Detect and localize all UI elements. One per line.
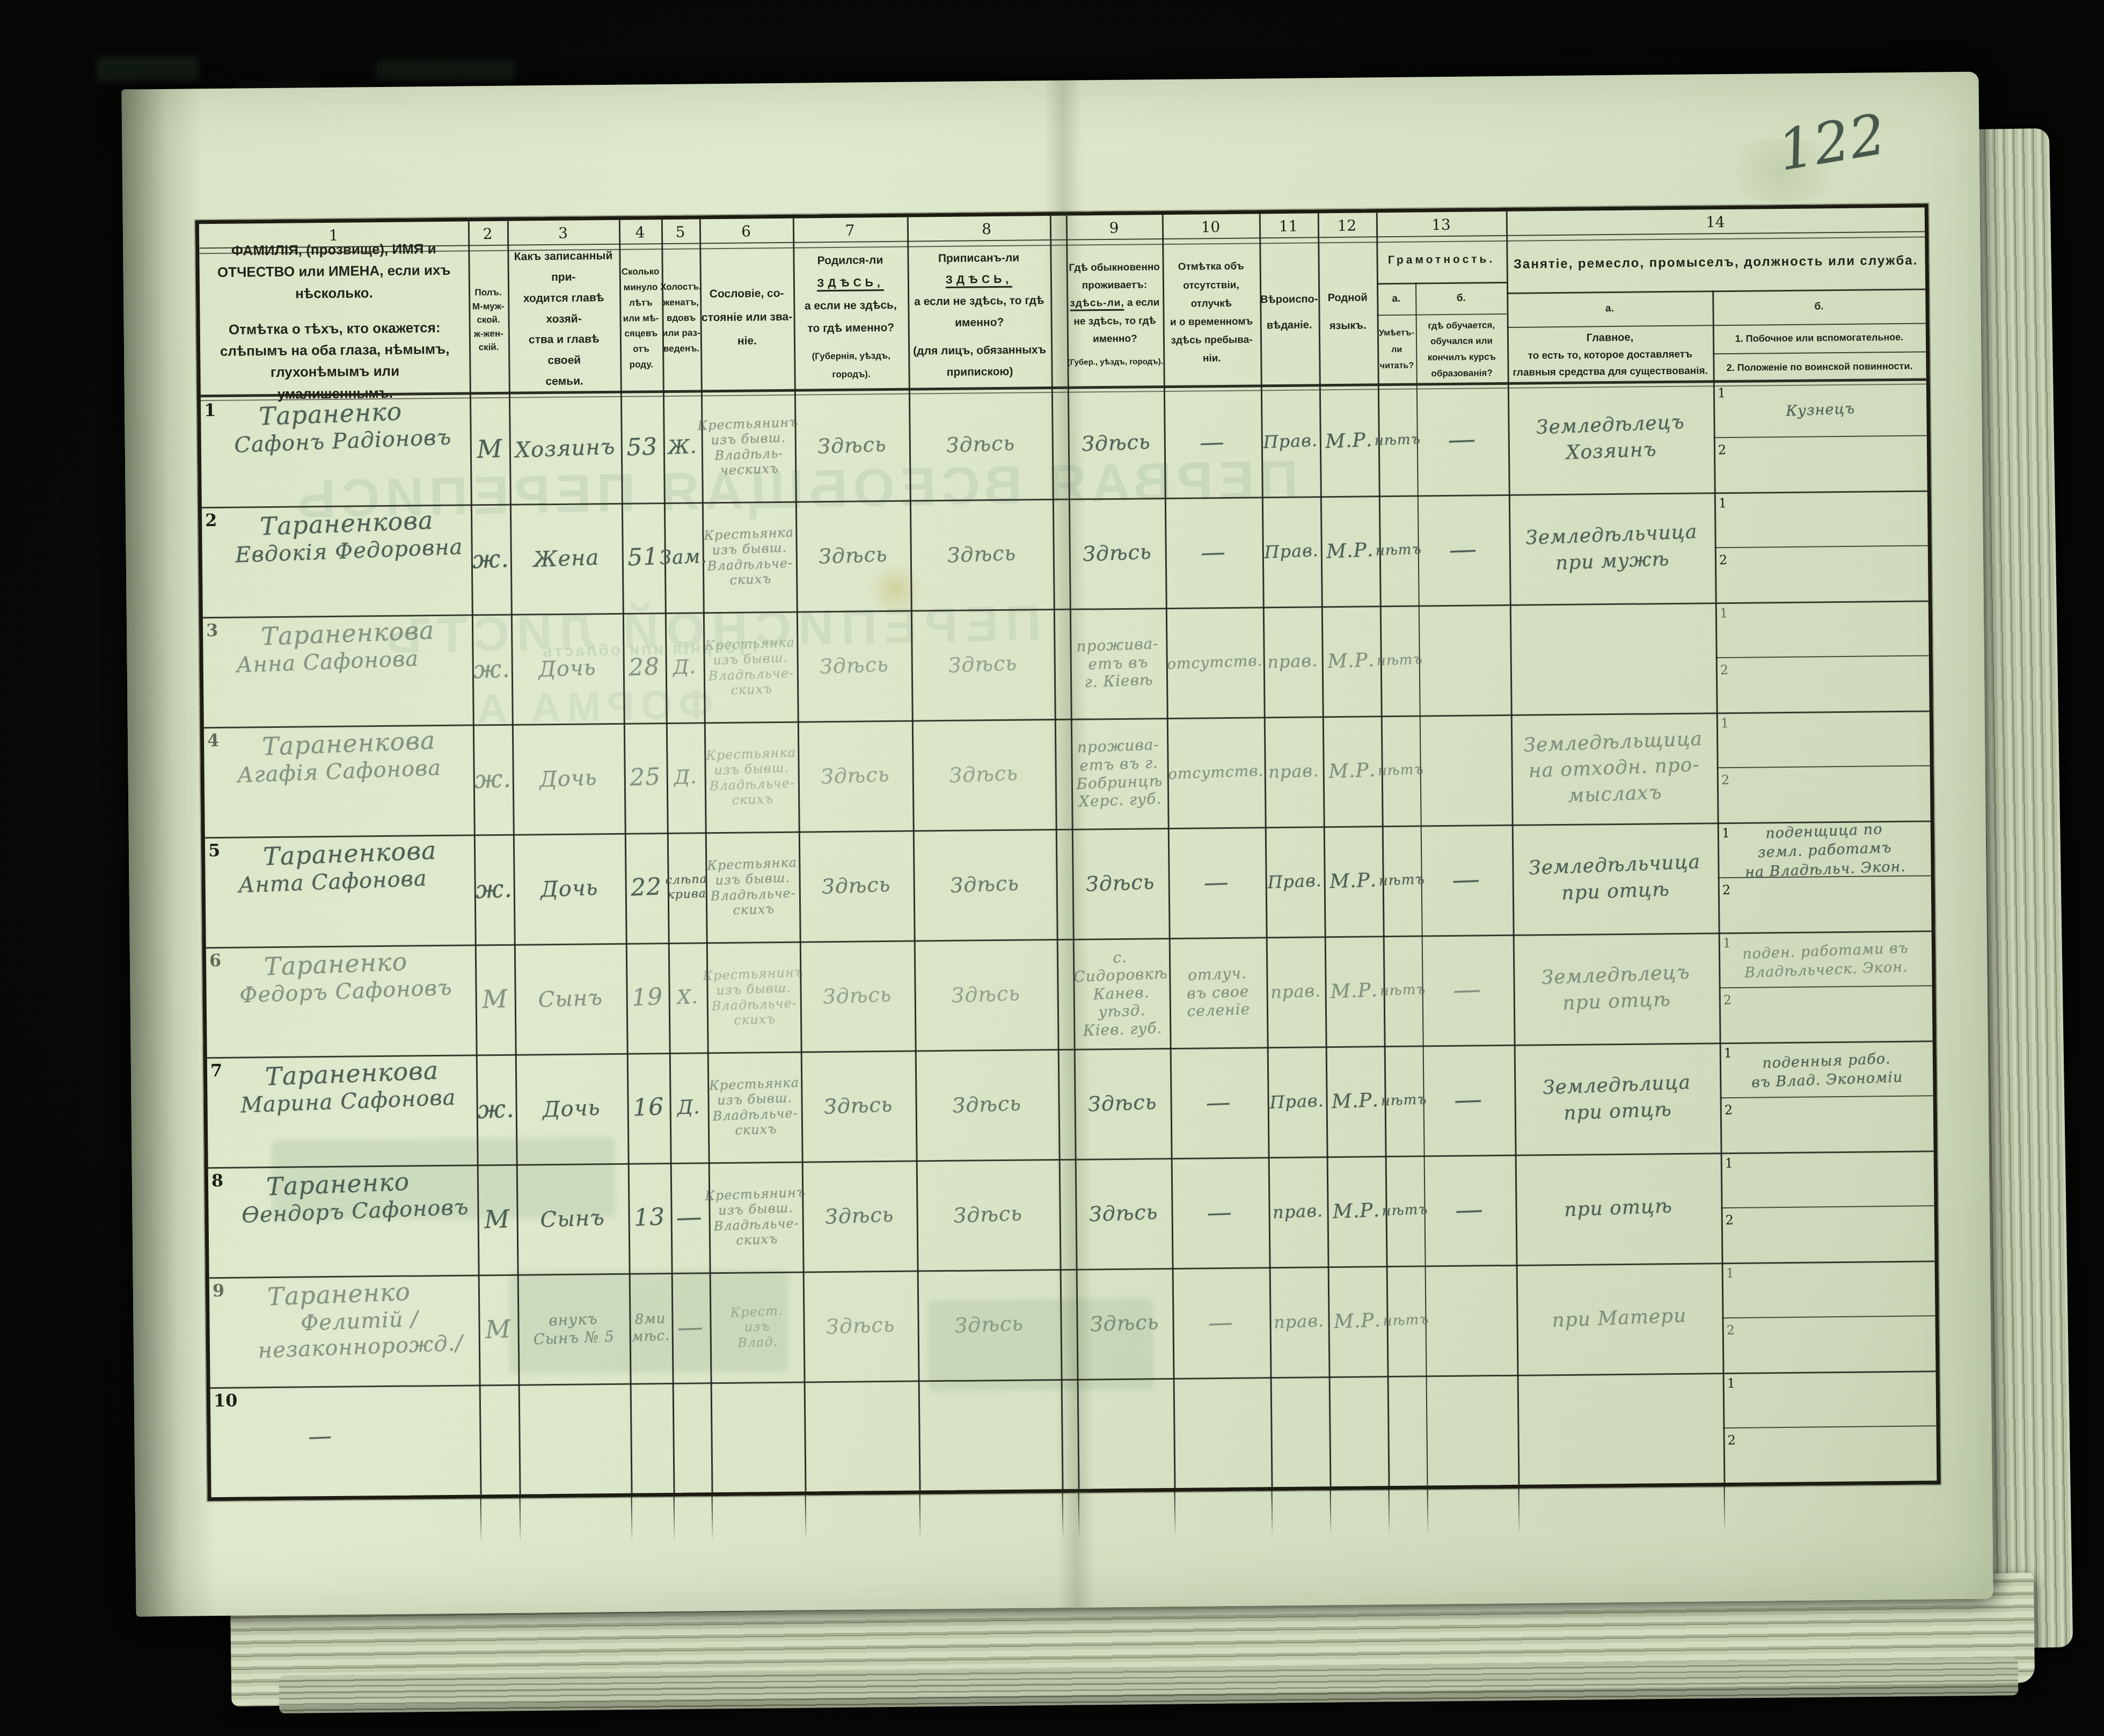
cell-age: 8мимѣс. — [627, 1272, 674, 1384]
cell-born: Здѣсь — [795, 609, 914, 723]
cell-sex: М — [468, 393, 512, 505]
hw-line: 8ми — [634, 1311, 666, 1329]
header-line: языкъ. — [1329, 311, 1367, 340]
cell-sex: М — [473, 944, 517, 1055]
cell-reg: Здѣсь — [911, 827, 1058, 942]
cell-lang: М.Р. — [1325, 1155, 1388, 1267]
hw-line: М.Р. — [1326, 538, 1375, 563]
stamp-smudge — [97, 56, 199, 82]
hw-line: Владѣльче- — [707, 555, 793, 573]
cell-reg: Здѣсь — [915, 1157, 1062, 1272]
cell-reg: Здѣсь — [912, 937, 1060, 1052]
cell-mar: слѣпакрива — [666, 831, 708, 943]
surname: Тараненко — [264, 947, 408, 982]
cell-abs: — — [1171, 1266, 1272, 1380]
cell-mar: — — [670, 1272, 712, 1383]
hw-line: Здѣсь — [1085, 870, 1155, 896]
hw-line: нѣтъ — [1377, 761, 1424, 779]
col-number: 6 — [699, 218, 793, 244]
cell-estate — [711, 1380, 806, 1493]
stamp-smudge — [376, 60, 515, 82]
cell-occ — [1518, 1370, 1723, 1487]
header-line: семьи. — [545, 371, 583, 393]
header-line: именно? — [1093, 330, 1137, 348]
header-line: ли — [1391, 342, 1402, 359]
hw-line: Кузнецъ — [1786, 399, 1855, 421]
hw-line: М.Р. — [1328, 758, 1376, 783]
hw-line: с. Сидоровкѣ — [1072, 946, 1169, 986]
header-line: здѣсь пребыва- — [1171, 331, 1252, 351]
cell-side1 — [1719, 599, 1926, 662]
hw-line: Земледѣлецъ — [1536, 410, 1685, 441]
cell-rel: Сынъ — [513, 942, 629, 1056]
hw-line: — — [1448, 533, 1479, 567]
hw-line: М.Р. — [1330, 979, 1378, 1003]
cell-born: Здѣсь — [801, 1269, 920, 1383]
hw-line: Д. — [677, 1096, 700, 1120]
cell-occ: Земледѣльчицапри мужѣ — [1509, 490, 1714, 607]
cell-side1: поденныя рабо.въ Влад. Экономіи — [1723, 1039, 1931, 1102]
cell-estate: Крестьянинъизъ бывш.Владѣль-ческихъ — [702, 390, 796, 503]
census-sheet: ПЕРВАЯ ВСЕОБЩАЯ ПЕРЕПИСЬ ПЕРЕПИСНОЙ ЛИСТ… — [121, 71, 1993, 1616]
hw-line: слѣпа — [665, 872, 707, 888]
census-table: 1 2 3 4 5 6 7 8 9 10 11 12 13 14 ФАМИЛІЯ… — [195, 203, 1941, 1501]
cell-lang: М.Р. — [1326, 1265, 1389, 1377]
hw-line: Владѣльче- — [709, 775, 795, 793]
hw-line: 22 — [630, 873, 662, 902]
hw-line: — — [1451, 863, 1482, 897]
cell-abs: — — [1168, 1046, 1270, 1159]
header-occupation-b-label: б. — [1712, 288, 1926, 325]
given-name: Фелитій /незаконнорожд./ — [242, 1304, 478, 1364]
row-number: 3 — [206, 620, 218, 640]
cell-estate: Крестьянкаизъ бывш.Владѣльче-скихъ — [706, 830, 800, 943]
occupation-sub-label: 2 — [1728, 1433, 1736, 1448]
cell-name: ТараненковаАнта Сафонова — [231, 831, 474, 950]
hw-line: М.Р. — [1331, 1089, 1379, 1113]
cell-estate: Крестьянкаизъ бывш.Владѣльче-скихъ — [705, 720, 799, 833]
col-number: 3 — [507, 220, 619, 246]
table-row: 312ТараненковаАнна Сафоноваж.Дочь28Д.Кре… — [203, 600, 1930, 727]
header-line: проживаетъ: — [1082, 276, 1148, 294]
cell-side1 — [1726, 1369, 1934, 1432]
cell-lit: нѣтъ — [1379, 715, 1422, 827]
cell-sex: М — [476, 1164, 519, 1275]
col-number: 12 — [1318, 213, 1376, 238]
header-line: ніи. — [1203, 349, 1221, 368]
cell-res: Здѣсь — [1066, 386, 1166, 500]
header-line: Умѣетъ- — [1379, 325, 1414, 342]
table-rule-stub — [1724, 1486, 1726, 1532]
hw-line: Здѣсь — [818, 542, 888, 569]
hw-line: М.Р. — [1329, 869, 1377, 893]
hw-line: М — [481, 984, 508, 1015]
hw-line: 13 — [633, 1203, 666, 1232]
table-row: 712ТараненковаМарина Сафоноваж.Дочь16Д.К… — [207, 1040, 1934, 1167]
hw-line: Здѣсь — [946, 431, 1016, 458]
table-row: 212ТараненковаЕвдокія Федоровнаж.Жена51З… — [202, 490, 1928, 617]
cell-reg — [917, 1377, 1064, 1492]
surname: Тараненко — [266, 1167, 410, 1202]
hw-line: прав. — [1267, 650, 1318, 673]
cell-res: Здѣсь — [1067, 497, 1167, 610]
cell-sex: М — [477, 1274, 520, 1385]
header-line: Какъ записанный при- — [510, 246, 616, 289]
cell-estate: Крест.изъВлад. — [710, 1270, 805, 1383]
cell-age — [629, 1382, 675, 1494]
header-line: ж-жен- — [474, 327, 503, 341]
hw-line: — — [1207, 1197, 1234, 1228]
header-line: вѣданіе. — [1267, 312, 1312, 338]
hw-line: Д. — [673, 655, 696, 680]
hw-line: Здѣсь — [819, 652, 889, 679]
cell-occ: Земледѣлицапри отцѣ — [1515, 1040, 1720, 1157]
table-rule-stub — [520, 1498, 521, 1544]
header-literacy-title: Грамотность. — [1376, 236, 1507, 283]
hw-line: Прав. — [1264, 540, 1319, 563]
hw-line: скихъ — [732, 791, 774, 808]
table-rule-stub — [1272, 1491, 1273, 1536]
table-row: 812ТараненкоѲендоръ СафоновъМСынъ13—Крес… — [208, 1150, 1935, 1277]
hw-line: при отцѣ — [1562, 987, 1671, 1017]
header-birthplace-column: Родился-ли ЗДѢСЬ, а если не здѣсь, то гд… — [793, 242, 909, 391]
cell-mar: Д. — [663, 611, 706, 723]
hw-line: — — [1452, 973, 1483, 1007]
scan-background: ПЕРВАЯ ВСЕОБЩАЯ ПЕРЕПИСЬ ПЕРЕПИСНОЙ ЛИСТ… — [0, 0, 2104, 1736]
hw-line: етъ въ г. — [1079, 754, 1159, 775]
cell-lit: нѣтъ — [1376, 385, 1419, 497]
cell-faith: Прав. — [1263, 826, 1326, 938]
cell-lang — [1327, 1375, 1390, 1487]
header-line: гдѣ обучается, — [1416, 317, 1507, 333]
row-number: 4 — [207, 730, 220, 750]
cell-rel: Сынъ — [515, 1162, 631, 1276]
cell-occ: при Матери — [1517, 1260, 1722, 1377]
hw-line: 25 — [629, 763, 661, 792]
cell-lang: М.Р. — [1319, 495, 1382, 607]
table-row: 412ТараненковаАгафія Сафоноваж.Дочь25Д.К… — [204, 710, 1931, 837]
cell-mar: Д. — [664, 721, 707, 833]
cell-mar: Х. — [667, 942, 709, 1053]
cell-res: Здѣсь — [1072, 1047, 1173, 1161]
table-rule-stub — [1389, 1490, 1390, 1535]
occupation-sub-label: 2 — [1725, 1103, 1733, 1118]
hw-line: М — [485, 1314, 512, 1345]
hw-line: въ свое — [1186, 982, 1249, 1003]
hw-line: при Матери — [1552, 1303, 1687, 1334]
header-line: главныя средства для существованія. — [1507, 362, 1713, 381]
hw-line: при отцѣ — [1561, 877, 1670, 907]
cell-litb — [1424, 1374, 1520, 1487]
hw-line: Владѣльче- — [712, 1105, 798, 1124]
header-line: отсутствіи, отлучкѣ — [1163, 276, 1260, 313]
hw-line: нѣтъ — [1376, 651, 1423, 669]
col-number: 5 — [661, 219, 699, 244]
cell-rel: внукъСынъ № 5 — [516, 1272, 632, 1386]
hw-line: — — [1200, 537, 1228, 567]
hw-line: скихъ — [729, 571, 772, 588]
cell-name: ТараненкоѲендоръ Сафоновъ — [235, 1161, 478, 1280]
hw-line: М — [476, 434, 503, 464]
cell-estate: Крестьянинъизъ бывш.Владѣльче-скихъ — [707, 940, 801, 1053]
cell-res: Здѣсь — [1073, 1157, 1174, 1271]
cell-faith: Прав. — [1266, 1046, 1328, 1158]
cell-name: ТараненковаАнна Сафонова — [229, 611, 472, 730]
hw-line: мѣс. — [631, 1327, 670, 1345]
cell-lang: М.Р. — [1323, 935, 1386, 1047]
header-sex-column: Полъ.М-муж-ской.ж-жен-скій. — [468, 246, 509, 395]
header-absence-column: Отмѣтка объотсутствіи, отлучкѣи о времен… — [1162, 238, 1261, 388]
cell-lang: М.Р. — [1321, 715, 1384, 827]
hw-line: — — [1203, 867, 1231, 898]
hw-line: Зам. — [659, 545, 708, 570]
hw-line: — — [1455, 1193, 1485, 1227]
cell-lit: нѣтъ — [1384, 1155, 1427, 1267]
hw-line: Прав. — [1269, 1090, 1325, 1113]
occupation-sub-label: 2 — [1726, 1213, 1734, 1228]
cell-estate: Крестьянкаизъ бывш.Владѣльче-скихъ — [703, 500, 797, 613]
header-line: и о временномъ — [1170, 312, 1253, 332]
hw-line: внукъ — [549, 1310, 598, 1330]
hw-line: — — [1447, 422, 1478, 457]
hw-line: изъ — [744, 1319, 770, 1335]
here-underlined: ЗДѢСЬ, — [817, 276, 884, 291]
hw-line: скихъ — [730, 681, 773, 698]
cell-age: 28 — [621, 612, 668, 724]
table-rule-stub — [631, 1497, 633, 1543]
cell-born: Здѣсь — [798, 939, 917, 1053]
hw-line: отлуч. — [1187, 964, 1247, 984]
cell-rel: Хозяинъ — [507, 391, 623, 506]
occupation-sub-label: 2 — [1722, 882, 1731, 898]
header-line: обучался или — [1416, 333, 1507, 349]
hw-line: Здѣсь — [825, 1312, 895, 1339]
cell-faith: прав. — [1268, 1266, 1331, 1378]
cell-name: ТараненкоФедоръ Сафоновъ — [232, 941, 476, 1060]
hw-line: Дочь — [540, 874, 598, 902]
cell-litb: — — [1422, 1154, 1518, 1267]
header-line: скій. — [479, 340, 499, 354]
cell-lit: нѣтъ — [1380, 825, 1423, 937]
hw-line: Здѣсь — [951, 981, 1021, 1008]
cell-age: 53 — [619, 392, 666, 504]
cell-side1 — [1718, 488, 1925, 552]
hw-line: нѣтъ — [1375, 541, 1422, 559]
header-literacy-b: гдѣ обучается,обучался иликончилъ курсъо… — [1416, 313, 1508, 385]
cell-res: с. СидоровкѣКанев. уѣзд.Кіев. губ. — [1071, 937, 1172, 1051]
cell-abs: отсутств. — [1165, 716, 1267, 829]
cell-abs — [1172, 1376, 1273, 1490]
hw-line: при отцѣ — [1563, 1097, 1672, 1127]
cell-occ: ЗемледѣлецъХозяинъ — [1508, 380, 1713, 497]
table-row: 1012— — [210, 1370, 1937, 1497]
cell-age: 22 — [623, 832, 670, 944]
cell-age: 19 — [624, 942, 671, 1054]
cell-faith: прав. — [1267, 1156, 1329, 1268]
header-line: или мѣ- — [623, 311, 659, 327]
header-line: Вѣроиспо- — [1260, 286, 1318, 312]
hw-line: М.Р. — [1332, 1199, 1380, 1223]
hw-line: — — [1453, 1083, 1484, 1117]
hw-line: ж. — [473, 654, 511, 685]
surname: Тараненко — [267, 1277, 411, 1312]
header-line: кончилъ курсъ — [1416, 349, 1507, 366]
header-name-line2: Отмѣтка о тѣхъ, кто окажется: слѣпымъ на… — [214, 317, 456, 405]
hw-line: Кіев. губ. — [1083, 1019, 1163, 1040]
hw-line: Здѣсь — [824, 1202, 894, 1229]
header-occupation-a-label: а. — [1507, 290, 1713, 327]
hw-line: Сынъ — [540, 1205, 605, 1232]
cell-res: Здѣсь — [1070, 827, 1171, 940]
hw-line: Здѣсь — [954, 1311, 1024, 1338]
hw-line: Здѣсь — [948, 651, 1018, 678]
cell-born: Здѣсь — [796, 719, 915, 833]
hw-line: ж. — [475, 874, 513, 905]
hw-line: Жена — [533, 544, 600, 573]
hw-line: Владѣльче- — [711, 995, 797, 1013]
header-line: минуло — [624, 280, 658, 295]
hw-line: Влад. — [737, 1334, 778, 1351]
header-line: веденъ. — [663, 341, 700, 358]
header-line: стояніе или зва- — [702, 305, 793, 330]
cell-side1 — [1720, 709, 1927, 772]
header-occupation-b2: 2. Положеніе по воинской повинности. — [1713, 351, 1926, 382]
table-rule-stub — [1427, 1489, 1429, 1535]
hw-line: Сынъ № 5 — [533, 1327, 615, 1348]
header-line: Отмѣтка объ — [1178, 258, 1244, 276]
header-line: Холостъ, — [660, 279, 702, 295]
hw-line: скихъ — [734, 1011, 776, 1028]
hw-line: 51 — [627, 543, 659, 572]
col-number: 13 — [1376, 211, 1506, 237]
cell-lit: нѣтъ — [1383, 1045, 1426, 1157]
table-row: 612ТараненкоФедоръ СафоновъМСынъ19Х.Крес… — [206, 930, 1933, 1057]
cell-faith: прав. — [1261, 606, 1324, 718]
header-line: Сословіе, со- — [709, 282, 784, 306]
table-rule — [1066, 216, 1080, 1489]
hw-line: Ж. — [668, 435, 697, 459]
header-line: образованія? — [1416, 365, 1507, 382]
cell-rel: Жена — [508, 501, 624, 616]
surname: Тараненко — [258, 397, 403, 432]
header-line: а если не здѣсь, — [805, 294, 897, 318]
hw-line: ж. — [477, 1094, 515, 1125]
header-line: Родился-ли ЗДѢСЬ, — [793, 249, 908, 295]
cell-abs: — — [1170, 1156, 1271, 1270]
hw-line: — — [677, 1311, 705, 1343]
hw-line: М.Р. — [1325, 428, 1374, 453]
hw-line: Хозяинъ — [1566, 436, 1657, 466]
hw-line: Здѣсь — [820, 762, 890, 789]
row-number: 6 — [209, 950, 222, 971]
hw-line: 16 — [632, 1093, 664, 1122]
cell-estate: Крестьянкаизъ бывш.Владѣльче-скихъ — [704, 610, 798, 723]
cell-side1: Кузнецъ — [1716, 378, 1924, 442]
hw-line: Здѣсь — [1081, 429, 1151, 456]
hw-line: скихъ — [736, 1231, 778, 1248]
cell-occ — [1510, 600, 1715, 717]
hw-line: 53 — [626, 433, 658, 462]
cell-estate: Крестьянинъизъ бывш.Владѣльче-скихъ — [709, 1160, 803, 1273]
hw-line: Канев. уѣзд. — [1073, 982, 1170, 1022]
hw-line: Хозяинъ — [515, 434, 616, 463]
hw-line: скихъ — [735, 1121, 777, 1138]
cell-litb — [1417, 603, 1513, 717]
hw-line: М.Р. — [1333, 1309, 1382, 1333]
cell-faith: прав. — [1265, 936, 1327, 1048]
cell-rel: Дочь — [510, 721, 626, 836]
hw-line: Дочь — [542, 1095, 601, 1122]
hw-line: Земледѣльчица — [1525, 519, 1698, 552]
given-name: — — [308, 1422, 333, 1451]
header-line: Полъ. — [474, 286, 501, 300]
cell-res: прожива-етъ въ г.БобринцѣХерс. губ. — [1069, 717, 1170, 830]
table-row: 512ТараненковаАнта Сафоноваж.Дочь22слѣпа… — [205, 820, 1932, 947]
cell-occ: Земледѣльчицапри отцѣ — [1513, 820, 1718, 937]
row-number: 1 — [204, 400, 216, 420]
hw-line: ж. — [472, 544, 510, 575]
cell-rel: Дочь — [509, 611, 625, 726]
cell-litb: — — [1416, 493, 1511, 607]
cell-side1 — [1724, 1149, 1932, 1212]
hw-line: Дочь — [538, 654, 596, 682]
hw-line: Здѣсь — [1090, 1310, 1159, 1337]
cell-res — [1076, 1377, 1176, 1491]
cell-sex: ж. — [469, 504, 513, 615]
row-number: 10 — [214, 1390, 238, 1411]
hw-line: крива — [667, 887, 706, 902]
cell-estate: Крестьянкаизъ бывш.Владѣльче-скихъ — [708, 1050, 802, 1163]
occupation-sub-label: 2 — [1727, 1323, 1735, 1338]
header-literacy-a-label: а. — [1377, 283, 1416, 315]
cell-lit: нѣтъ — [1382, 935, 1424, 1047]
hw-line: Здѣсь — [1088, 1200, 1158, 1227]
cell-sex: ж. — [474, 1054, 518, 1165]
header-line: Родной — [1327, 283, 1368, 312]
cell-faith: прав. — [1262, 716, 1325, 828]
table-rule-stub — [919, 1494, 921, 1540]
cell-name: ТараненкоФелитій /незаконнорожд./ — [236, 1271, 479, 1390]
hw-line: нѣтъ — [1383, 1311, 1429, 1330]
hw-line: Владѣльче- — [713, 1215, 799, 1234]
hw-line: Здѣсь — [949, 761, 1019, 788]
header-line: ской. — [477, 313, 500, 327]
cell-abs: — — [1162, 385, 1263, 499]
header-registered-column: Приписанъ-ли ЗДѢСЬ, а если не здѣсь, то … — [907, 240, 1068, 390]
cell-lang: М.Р. — [1322, 825, 1385, 937]
hw-line: нѣтъ — [1374, 431, 1421, 449]
cell-name: ТараненкоСафонъ Радіоновъ — [227, 391, 470, 510]
cell-litb — [1418, 713, 1514, 827]
header-line: ходится главѣ хозяй- — [511, 288, 617, 331]
header-name-column: ФАМИЛІЯ, (прозвище), ИМЯ и ОТЧЕСТВО или … — [199, 246, 470, 397]
occupation-sub-label: 2 — [1719, 552, 1728, 567]
cell-rel: Дочь — [514, 1052, 630, 1166]
cell-age: 16 — [625, 1052, 672, 1164]
header-line: ства и главѣ своей — [512, 329, 617, 372]
hw-line: нѣтъ — [1379, 981, 1426, 1000]
hw-line: Прав. — [1263, 430, 1318, 453]
header-line: (для лицъ, обязанныхъ — [913, 339, 1046, 362]
occupation-sub-label: 2 — [1720, 662, 1729, 677]
cell-born: Здѣсь — [794, 499, 912, 613]
table-rule-stub — [1174, 1492, 1176, 1537]
hw-line: 28 — [628, 653, 660, 682]
hw-line: Прав. — [1267, 870, 1323, 893]
header-marital-column: Холостъ,женатъ,вдовъили раз-веденъ. — [661, 244, 701, 392]
cell-abs: — — [1163, 495, 1265, 609]
header-line: не здѣсь, то гдѣ — [1073, 312, 1156, 331]
